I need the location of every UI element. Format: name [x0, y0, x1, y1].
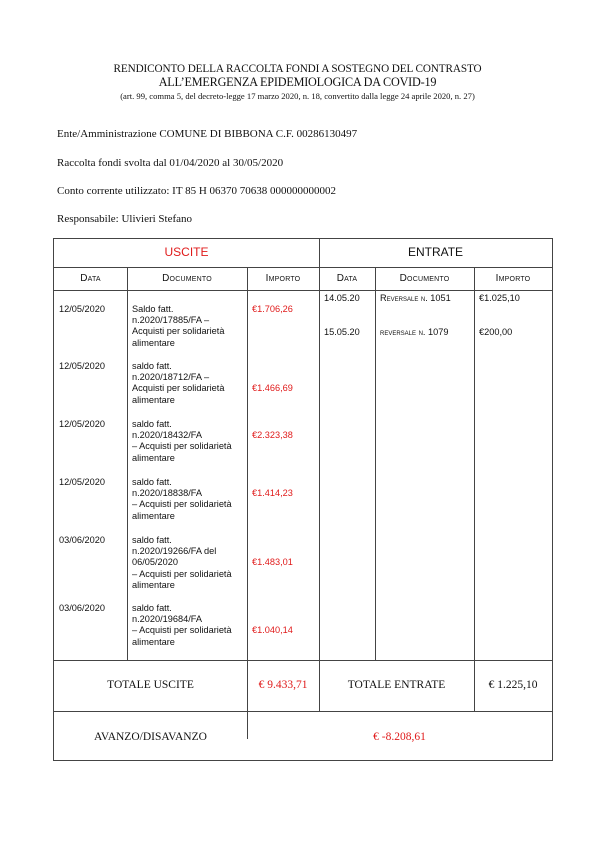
- conto-info: Conto corrente utilizzato: IT 85 H 06370…: [57, 185, 336, 197]
- totale-uscite-value: € 9.433,71: [247, 679, 319, 691]
- totale-entrate-label: TOTALE ENTRATE: [319, 679, 474, 691]
- uscita-importo: €2.323,38: [252, 430, 293, 441]
- avanzo-value: € -8.208,61: [247, 731, 552, 743]
- entrate-col-importo: Importo: [474, 273, 552, 284]
- uscita-data: 12/05/2020: [59, 477, 105, 488]
- uscita-documento: saldo fatt.n.2020/19266/FA del06/05/2020…: [132, 535, 250, 591]
- responsabile-info: Responsabile: Ulivieri Stefano: [57, 213, 192, 225]
- uscita-documento: saldo fatt.n.2020/18712/FA –Acquisti per…: [132, 361, 250, 406]
- uscita-importo: €1.466,69: [252, 383, 293, 394]
- uscita-documento: saldo fatt.n.2020/19684/FA– Acquisti per…: [132, 603, 250, 648]
- entrate-header: ENTRATE: [319, 245, 552, 259]
- entrata-data: 14.05.20: [324, 293, 360, 304]
- uscita-documento: saldo fatt.n.2020/18432/FA– Acquisti per…: [132, 419, 250, 464]
- rendiconto-table: USCITE ENTRATE Data Documento Importo Da…: [53, 238, 553, 761]
- entrata-importo: €200,00: [479, 327, 512, 338]
- totale-uscite-label: TOTALE USCITE: [54, 679, 247, 691]
- uscita-data: 12/05/2020: [59, 304, 105, 315]
- uscita-importo: €1.040,14: [252, 625, 293, 636]
- uscita-data: 03/06/2020: [59, 603, 105, 614]
- uscita-data: 12/05/2020: [59, 419, 105, 430]
- uscita-importo: €1.414,23: [252, 488, 293, 499]
- uscita-data: 03/06/2020: [59, 535, 105, 546]
- uscita-documento: Saldo fatt.n.2020/17885/FA –Acquisti per…: [132, 304, 250, 349]
- uscite-col-importo: Importo: [247, 273, 319, 284]
- document-title-line1: RENDICONTO DELLA RACCOLTA FONDI A SOSTEG…: [0, 63, 595, 75]
- ente-info: Ente/Amministrazione COMUNE DI BIBBONA C…: [57, 128, 357, 140]
- uscita-importo: €1.483,01: [252, 557, 293, 568]
- totale-entrate-value: € 1.225,10: [474, 679, 552, 691]
- entrate-col-data: Data: [319, 273, 375, 284]
- uscite-col-data: Data: [54, 273, 127, 284]
- entrate-col-documento: Documento: [375, 273, 474, 284]
- entrata-importo: €1.025,10: [479, 293, 520, 304]
- entrata-data: 15.05.20: [324, 327, 360, 338]
- uscita-documento: saldo fatt.n.2020/18838/FA– Acquisti per…: [132, 477, 250, 522]
- document-title-line2: ALL’EMERGENZA EPIDEMIOLOGICA DA COVID-19: [0, 75, 595, 90]
- uscita-importo: €1.706,26: [252, 304, 293, 315]
- uscite-col-documento: Documento: [127, 273, 247, 284]
- uscite-header: USCITE: [54, 245, 319, 259]
- entrata-documento: reversale n. 1079: [380, 327, 448, 338]
- periodo-info: Raccolta fondi svolta dal 01/04/2020 al …: [57, 157, 283, 169]
- uscita-data: 12/05/2020: [59, 361, 105, 372]
- document-subtitle: (art. 99, comma 5, del decreto-legge 17 …: [0, 91, 595, 101]
- avanzo-label: AVANZO/DISAVANZO: [54, 731, 247, 743]
- entrata-documento: Reversale n. 1051: [380, 293, 451, 304]
